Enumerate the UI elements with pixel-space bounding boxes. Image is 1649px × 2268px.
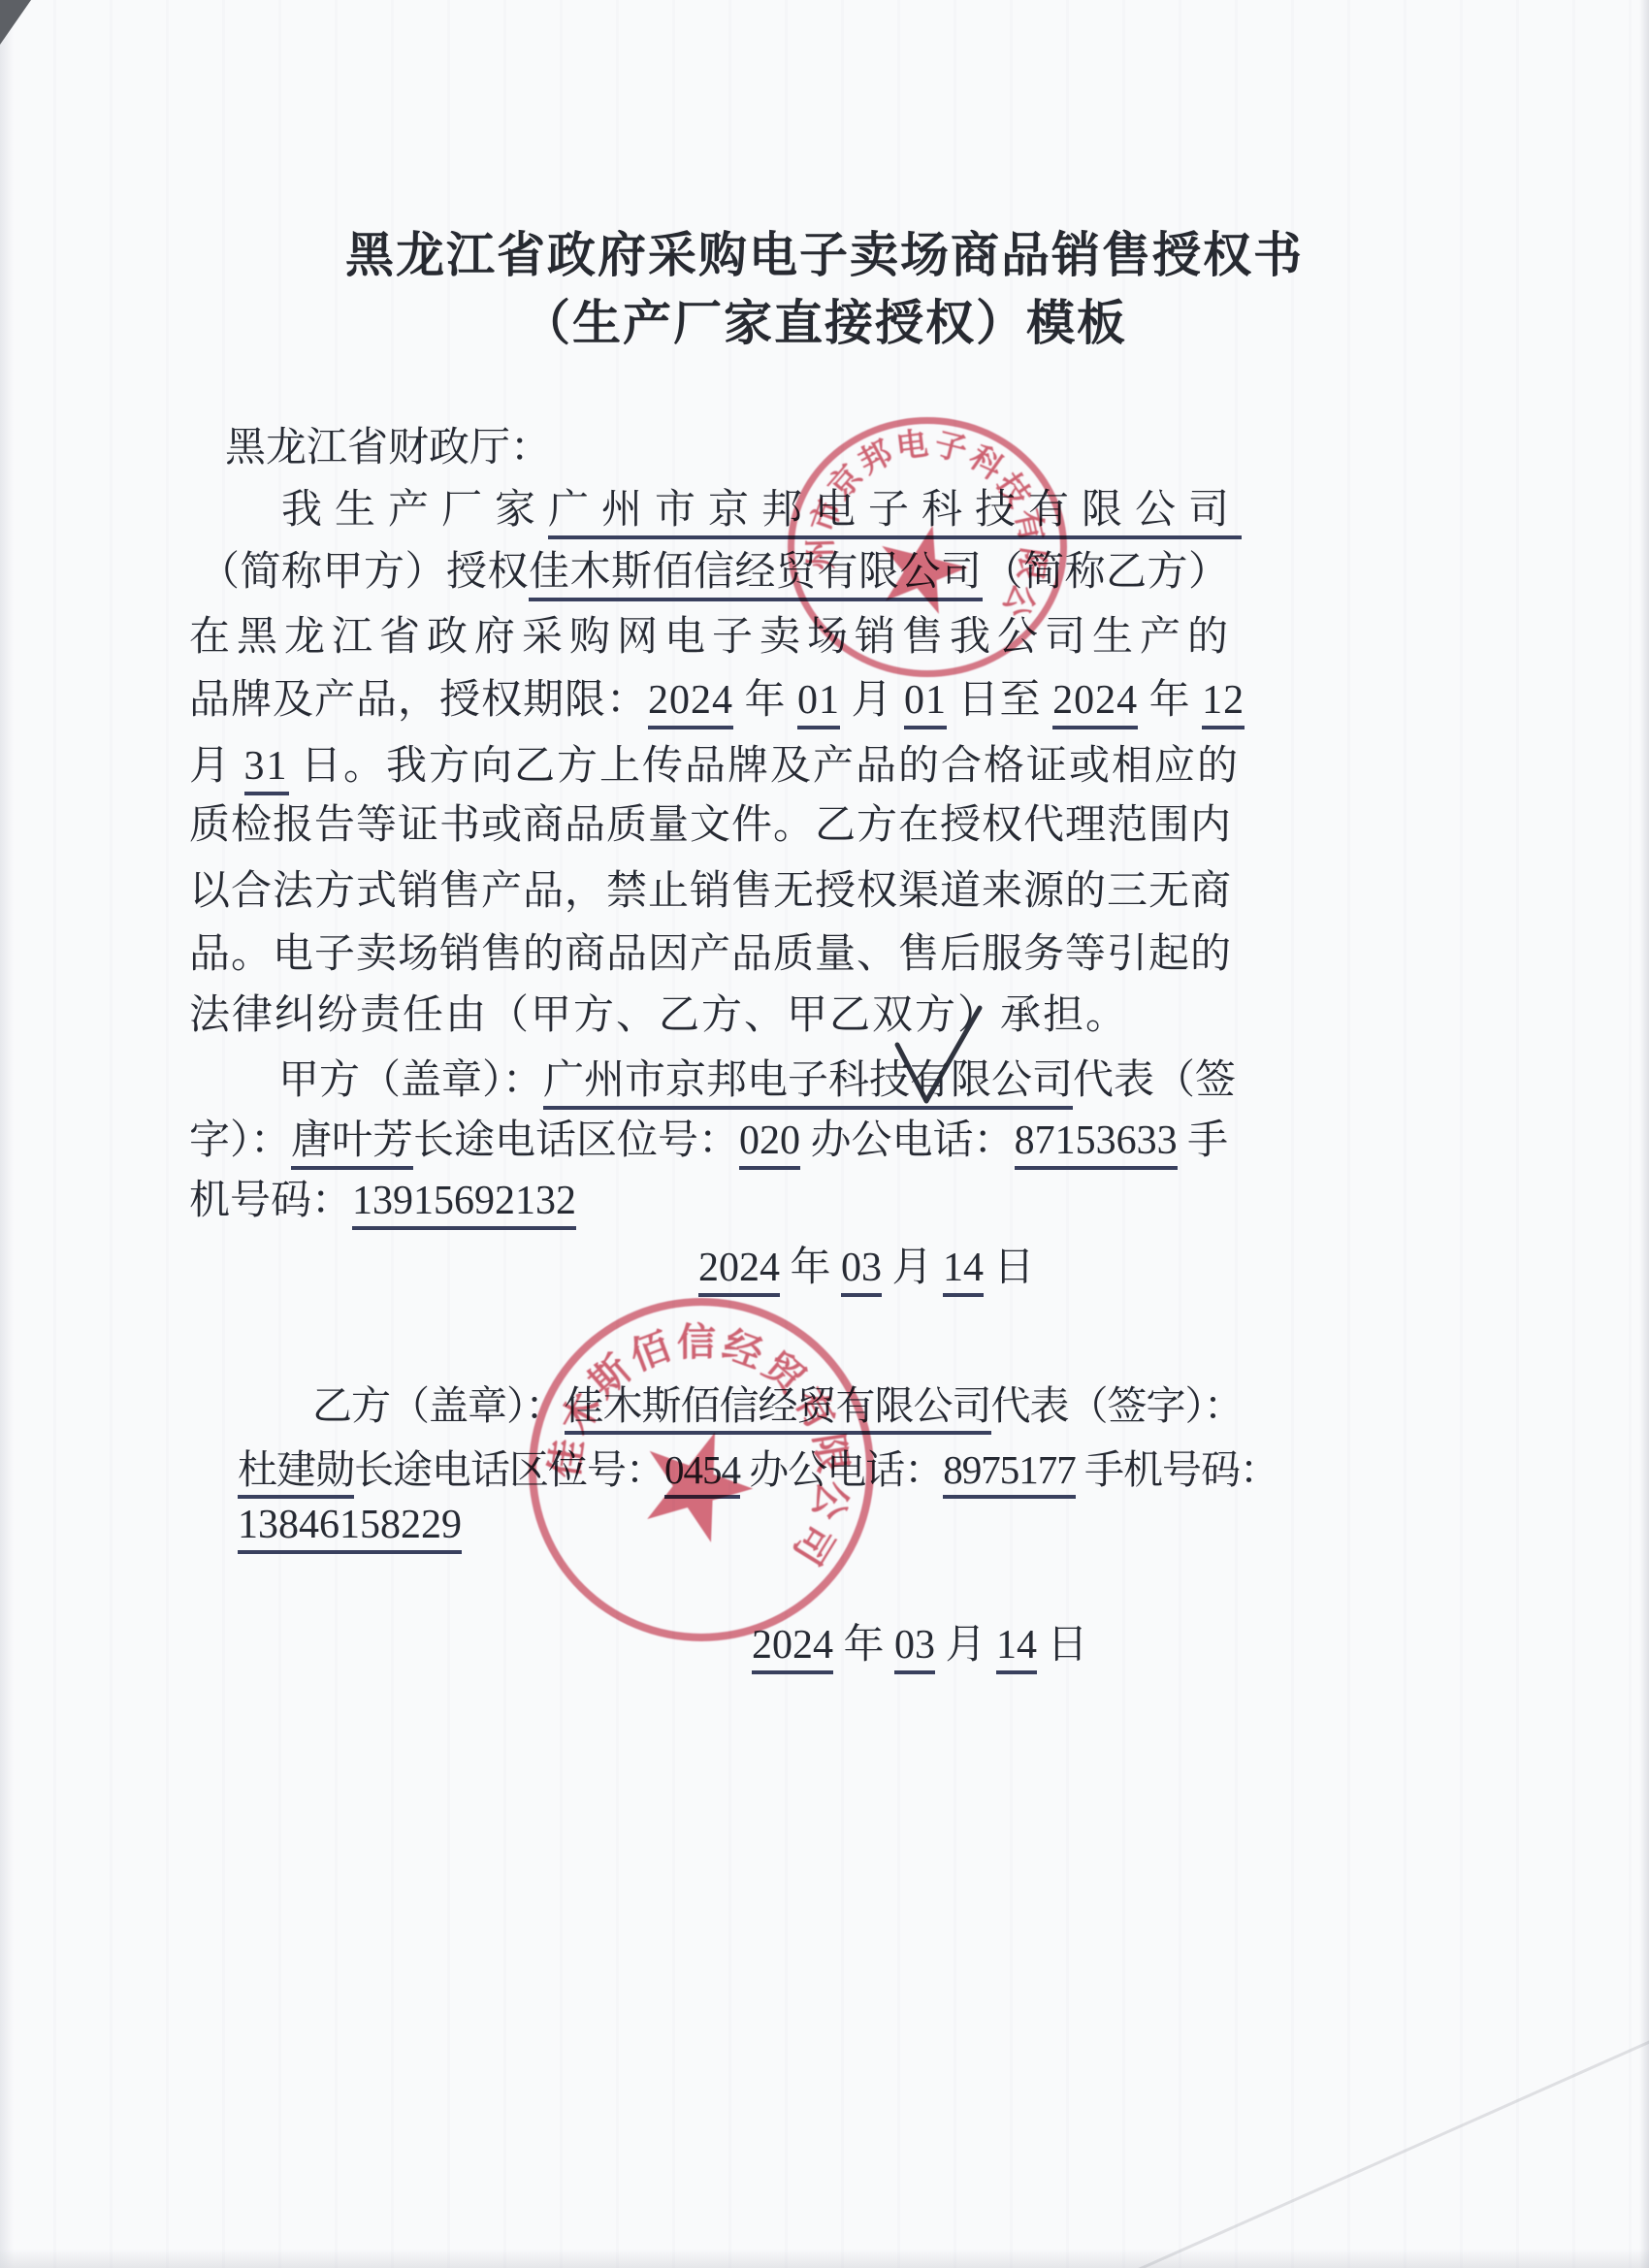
salutation: 黑龙江省财政厅：	[225, 425, 551, 471]
body-line-7: 质检报告等证书或商品质量文件。乙方在授权代理范围内	[189, 802, 1232, 849]
party-b-company-seal: 佳木斯佰信经贸有限公司	[529, 1298, 874, 1641]
party-b-line-3: 13846158229	[238, 1502, 462, 1548]
date-year: 2024	[698, 1246, 780, 1297]
body-line-2: 我生产厂家广州市京邦电子科技有限公司	[281, 487, 1242, 534]
body-text: 办公电话：	[800, 1118, 1015, 1163]
party-b-representative: 杜建勋	[238, 1447, 354, 1499]
date-month: 03	[841, 1246, 882, 1297]
body-text: 长途电话区位号：	[413, 1118, 739, 1163]
party-b-mobile: 13846158229	[238, 1503, 462, 1554]
body-text: 代表（签字）：	[991, 1383, 1244, 1428]
svg-text:佳木斯佰信经贸有限公司: 佳木斯佰信经贸有限公司	[534, 1278, 897, 1578]
body-text: 甲方（盖章）：	[278, 1058, 543, 1103]
party-a-company-seal: 广州市京邦电子科技有限公司	[788, 417, 1067, 677]
party-a-line-3: 机号码：13915692132	[189, 1178, 576, 1224]
party-a-line-1: 甲方（盖章）：广州市京邦电子科技有限公司代表（签	[278, 1057, 1236, 1104]
party-a-representative: 唐叶芳	[291, 1118, 413, 1170]
body-line-3: （简称甲方）授权佳木斯佰信经贸有限公司（简称乙方）	[199, 549, 1230, 596]
paper-crease-artifact	[1131, 2026, 1649, 2268]
party-a-sign-date: 2024 年 03 月 14 日	[698, 1245, 1035, 1291]
document-title: 黑龙江省政府采购电子卖场商品销售授权书	[199, 229, 1450, 282]
body-line-5: 品牌及产品，授权期限：2024 年 01 月 01 日至 2024 年 12	[189, 677, 1245, 724]
body-text: 年	[1138, 678, 1202, 723]
party-a-area-code: 020	[739, 1118, 800, 1170]
scan-corner-artifact	[0, 0, 31, 45]
body-text: 月	[189, 744, 244, 789]
body-text: 代表（签	[1073, 1058, 1236, 1103]
body-text: 日	[984, 1246, 1035, 1290]
scanned-authorization-document: 黑龙江省政府采购电子卖场商品销售授权书 （生产厂家直接授权）模板 黑龙江省财政厅…	[0, 0, 1649, 2268]
body-text: 月	[935, 1623, 996, 1668]
body-line-6: 月 31 日。我方向乙方上传品牌及产品的合格证或相应的	[189, 743, 1240, 790]
party-a-office-phone: 87153633	[1015, 1118, 1178, 1170]
auth-start-year: 2024	[648, 678, 733, 729]
date-day: 14	[996, 1623, 1037, 1674]
party-a-seal-company: 广州市京邦电子科技有限公司	[543, 1058, 1073, 1110]
date-day: 14	[943, 1246, 984, 1297]
auth-end-month: 12	[1202, 678, 1245, 729]
body-line-9: 品。电子卖场销售的商品因产品质量、售后服务等引起的	[189, 931, 1232, 978]
body-text: 月	[840, 678, 904, 723]
auth-end-day: 31	[244, 744, 289, 795]
body-text: 月	[882, 1246, 943, 1290]
auth-start-month: 01	[797, 678, 840, 729]
party-a-mobile: 13915692132	[352, 1179, 576, 1230]
body-text: 日。我方向乙方上传品牌及产品的合格证或相应的	[289, 744, 1241, 789]
body-text: 机号码：	[189, 1179, 352, 1223]
seal-company-text: 佳木斯佰信经贸有限公司	[534, 1278, 897, 1578]
party-b-office-phone: 8975177	[943, 1447, 1076, 1499]
auth-start-day: 01	[904, 678, 947, 729]
seal-star-icon	[869, 515, 976, 619]
date-month: 03	[894, 1623, 935, 1674]
document-subtitle: （生产厂家直接授权）模板	[199, 297, 1450, 350]
body-text: 年	[780, 1246, 841, 1290]
party-a-line-2: 字）：唐叶芳长途电话区位号：020 办公电话：87153633 手	[189, 1118, 1228, 1164]
body-text: 品牌及产品，授权期限：	[189, 678, 648, 723]
auth-end-year: 2024	[1052, 678, 1138, 729]
body-line-8: 以合法方式销售产品，禁止销售无授权渠道来源的三无商	[189, 868, 1232, 915]
body-text: 字）：	[189, 1118, 291, 1163]
body-text: 日	[1037, 1623, 1088, 1668]
body-text: 我生产厂家	[281, 488, 548, 533]
body-text: （简称甲方）授权	[199, 550, 529, 595]
body-text: 年	[833, 1623, 894, 1668]
body-text: 乙方（盖章）：	[312, 1383, 565, 1428]
body-text: 手	[1178, 1118, 1229, 1163]
body-text: 手机号码：	[1076, 1447, 1278, 1492]
body-text: 年	[733, 678, 797, 723]
body-line-4: 在黑龙江省政府采购网电子卖场销售我公司生产的	[189, 614, 1235, 661]
seal-star-icon	[628, 1413, 766, 1549]
